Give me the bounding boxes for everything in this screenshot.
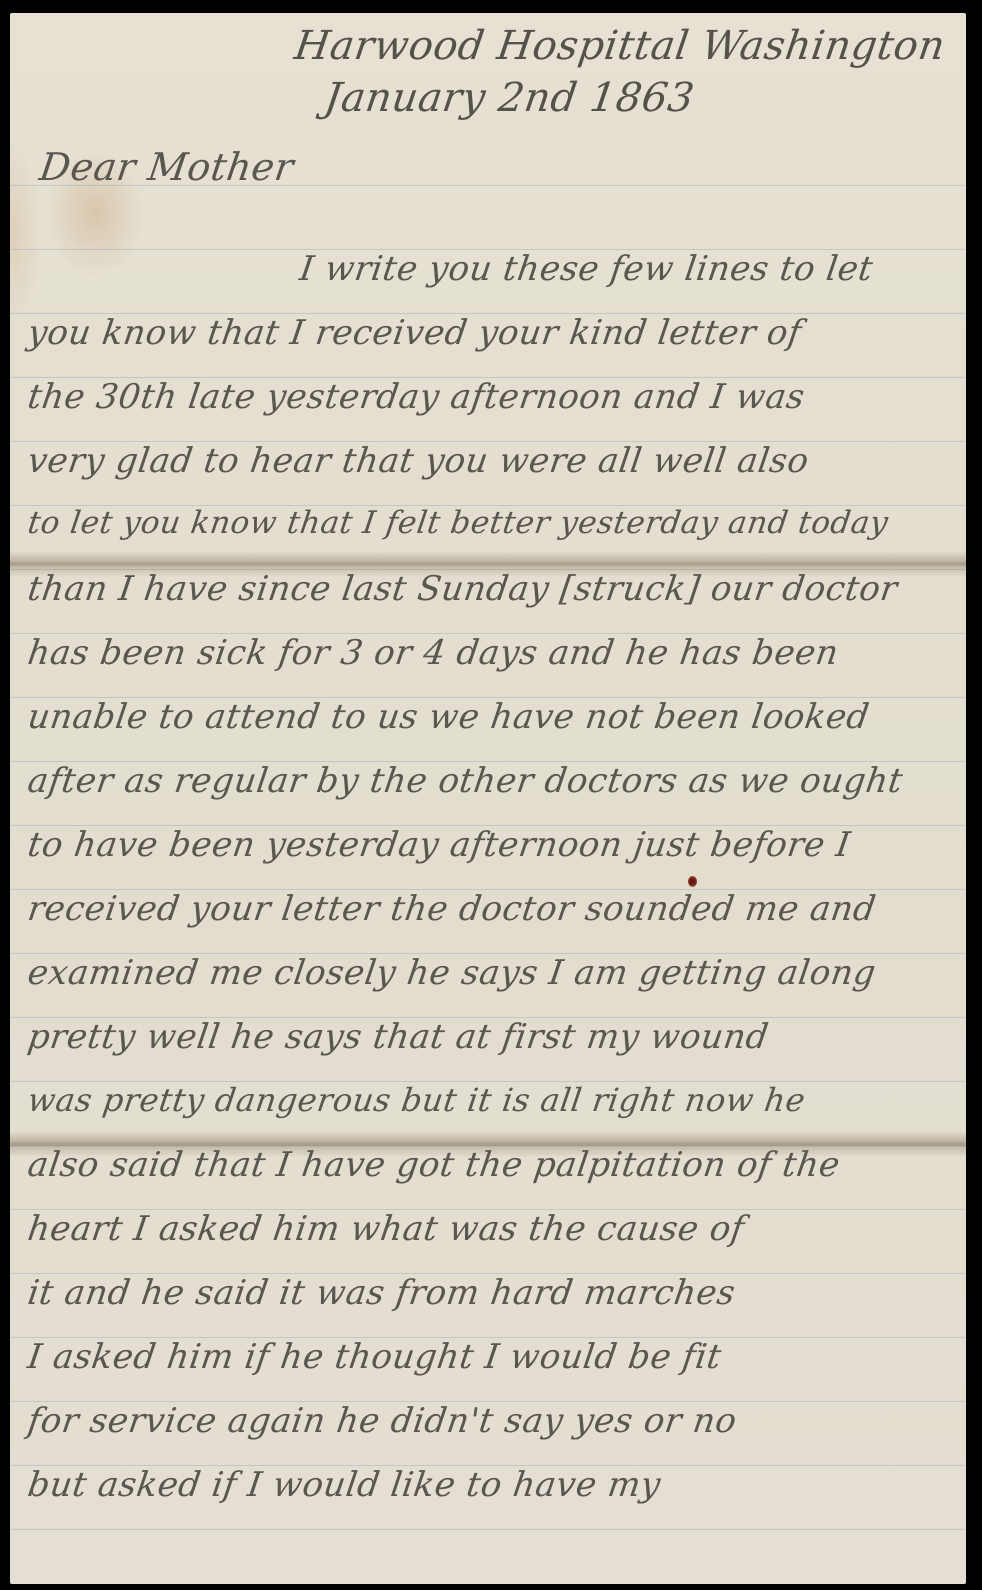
body-line: than I have since last Sunday [struck] o… bbox=[25, 569, 900, 609]
letter-page: Harwood Hospittal Washington January 2nd… bbox=[10, 13, 966, 1584]
body-line: was pretty dangerous but it is all right… bbox=[25, 1081, 808, 1119]
body-line: very glad to hear that you were all well… bbox=[25, 441, 811, 481]
body-line: also said that I have got the palpitatio… bbox=[25, 1145, 842, 1185]
body-line: to let you know that I felt better yeste… bbox=[25, 505, 890, 541]
body-line: but asked if I would like to have my bbox=[25, 1465, 663, 1505]
body-line: heart I asked him what was the cause of bbox=[25, 1209, 747, 1249]
ruled-line bbox=[10, 1529, 966, 1530]
body-line: pretty well he says that at first my wou… bbox=[25, 1017, 771, 1057]
body-line: it and he said it was from hard marches bbox=[25, 1273, 738, 1313]
letter-date: January 2nd 1863 bbox=[322, 75, 697, 121]
body-line: received your letter the doctor sounded … bbox=[25, 889, 878, 929]
body-line: you know that I received your kind lette… bbox=[25, 313, 804, 353]
body-line: has been sick for 3 or 4 days and he has… bbox=[25, 633, 841, 673]
body-line: examined me closely he says I am getting… bbox=[25, 953, 878, 993]
letter-place: Harwood Hospittal Washington bbox=[292, 23, 948, 69]
ink-blot bbox=[688, 876, 697, 887]
body-line: the 30th late yesterday afternoon and I … bbox=[25, 377, 807, 417]
letter-salutation: Dear Mother bbox=[37, 145, 297, 189]
body-line: I asked him if he thought I would be fit bbox=[25, 1337, 724, 1377]
body-line: for service again he didn't say yes or n… bbox=[25, 1401, 739, 1441]
body-line: after as regular by the other doctors as… bbox=[25, 761, 905, 801]
body-line: unable to attend to us we have not been … bbox=[25, 697, 872, 737]
body-line: I write you these few lines to let bbox=[297, 249, 875, 289]
body-line: to have been yesterday afternoon just be… bbox=[25, 825, 853, 865]
